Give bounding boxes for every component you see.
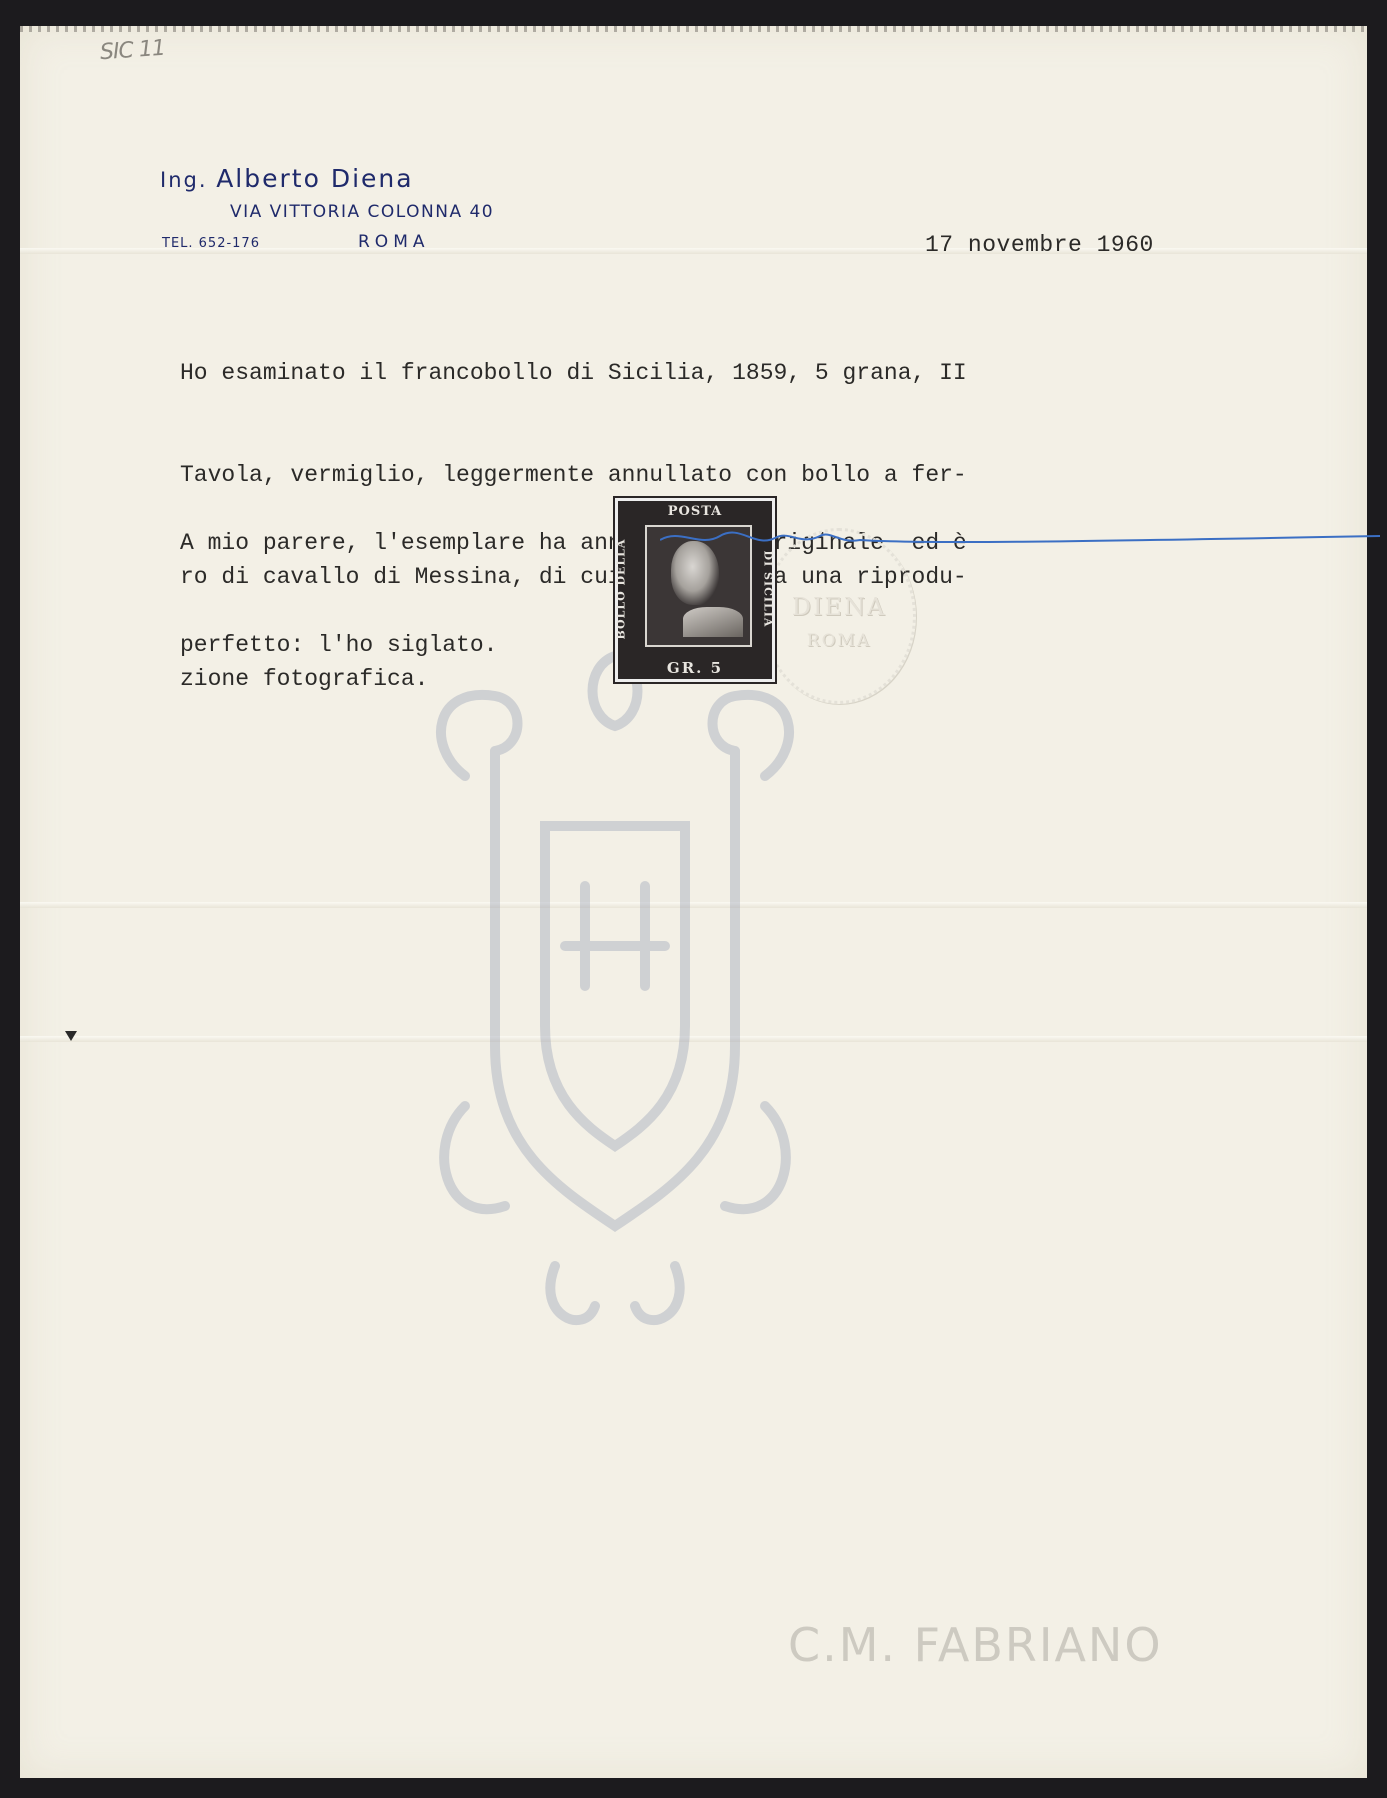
certificate-date: 17 novembre 1960 [925, 232, 1154, 258]
torn-top-edge [20, 26, 1367, 32]
letterhead-prefix: Ing. [160, 168, 208, 192]
letterhead-street: VIA VITTORIA COLONNA 40 [230, 202, 494, 222]
pencil-note: SIC 11 [99, 36, 165, 65]
watermark-text: C.M. FABRIANO [788, 1618, 1163, 1672]
crest-watermark-icon [405, 626, 825, 1346]
letterhead-name: Ing. Alberto Diena [160, 164, 414, 193]
text-line: Ho esaminato il francobollo di Sicilia, … [180, 356, 1230, 390]
signature-icon [660, 518, 1380, 558]
seal-line-2: ROMA [765, 631, 913, 651]
seal-line-1: DIENA [765, 593, 913, 621]
letterhead-telephone: TEL. 652-176 [162, 236, 260, 251]
letterhead-city: ROMA [358, 232, 430, 252]
portrait-bust-icon [683, 607, 743, 637]
letterhead-fullname: Alberto Diena [216, 164, 413, 193]
certificate-paper: SIC 11 Ing. Alberto Diena VIA VITTORIA C… [20, 26, 1367, 1778]
stamp-value-text: GR. 5 [618, 659, 772, 677]
edge-nick [65, 1031, 77, 1041]
stamp-top-text: POSTA [618, 504, 772, 519]
